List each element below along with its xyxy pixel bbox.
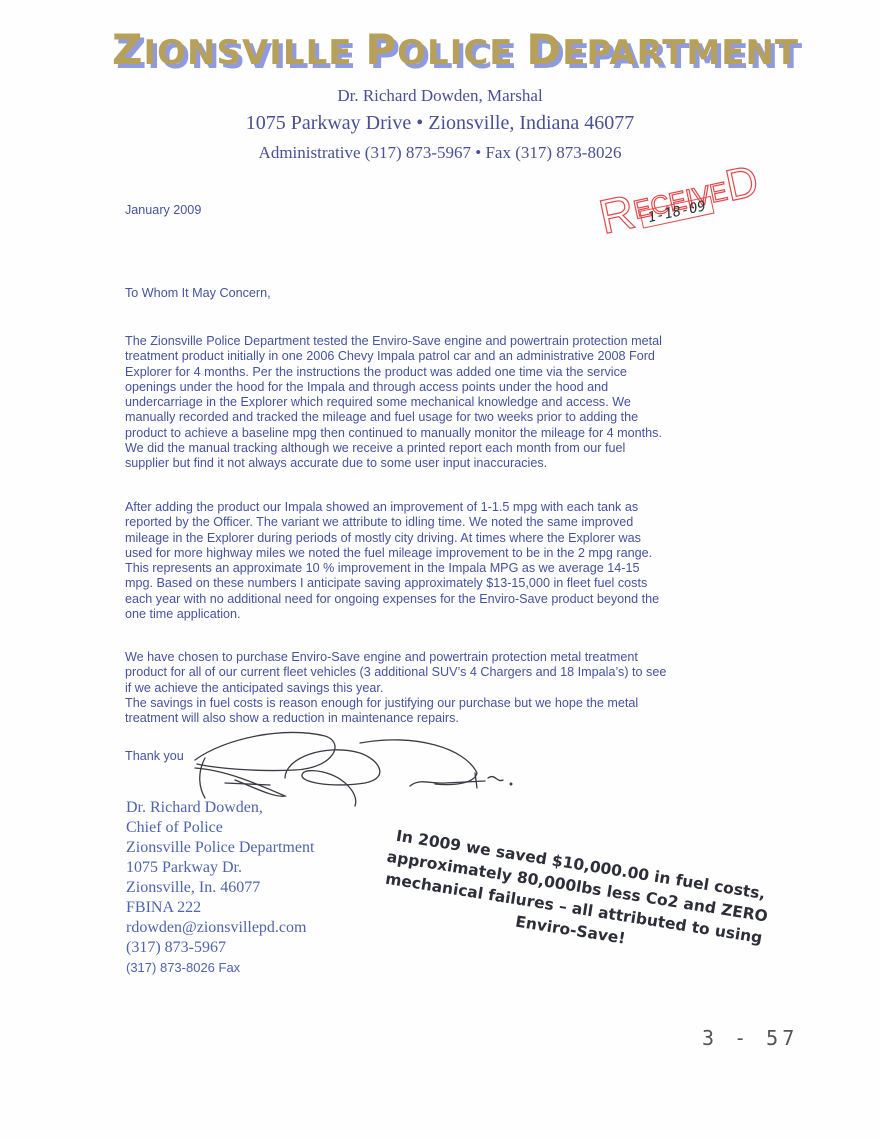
letter-paragraph-2: After adding the product our Impala show… bbox=[125, 500, 765, 622]
signer-fax: (317) 873-8026 Fax bbox=[126, 958, 314, 978]
page-number: 3 - 57 bbox=[702, 1026, 798, 1050]
letter-paragraph-1: The Zionsville Police Department tested … bbox=[125, 334, 765, 472]
title-word-zionsville: ZIONSVILLE bbox=[112, 33, 365, 73]
signer-street: 1075 Parkway Dr. bbox=[126, 858, 314, 878]
signer-name: Dr. Richard Dowden, bbox=[126, 798, 314, 818]
savings-annotation: In 2009 we saved $10,000.00 in fuel cost… bbox=[366, 822, 785, 973]
handwritten-signature bbox=[185, 728, 525, 808]
signer-department: Zionsville Police Department bbox=[126, 838, 314, 858]
letterhead-phone: Administrative (317) 873-5967 • Fax (317… bbox=[100, 143, 780, 163]
letter-closing: Thank you bbox=[125, 749, 184, 764]
letterhead-title: ZIONSVILLE POLICE DEPARTMENT bbox=[112, 30, 772, 73]
received-stamp-word: RECEIVED bbox=[594, 156, 764, 245]
signer-phone: (317) 873-5967 bbox=[126, 938, 314, 958]
letterhead-address: 1075 Parkway Drive • Zionsville, Indiana… bbox=[100, 112, 780, 135]
signature-block: Dr. Richard Dowden, Chief of Police Zion… bbox=[126, 798, 314, 978]
letter-salutation: To Whom It May Concern, bbox=[125, 286, 271, 301]
signer-fbina: FBINA 222 bbox=[126, 898, 314, 918]
received-stamp: RECEIVED 1-18-09 bbox=[594, 156, 764, 245]
signer-city: Zionsville, In. 46077 bbox=[126, 878, 314, 898]
signer-title: Chief of Police bbox=[126, 818, 314, 838]
letter-paragraph-3: We have chosen to purchase Enviro-Save e… bbox=[125, 650, 765, 726]
letterhead-marshal-name: Dr. Richard Dowden, Marshal bbox=[100, 86, 780, 106]
title-word-department: DEPARTMENT bbox=[526, 33, 799, 73]
signer-email: rdowden@zionsvillepd.com bbox=[126, 918, 314, 938]
title-word-police: POLICE bbox=[365, 33, 526, 73]
letter-date: January 2009 bbox=[125, 203, 201, 218]
